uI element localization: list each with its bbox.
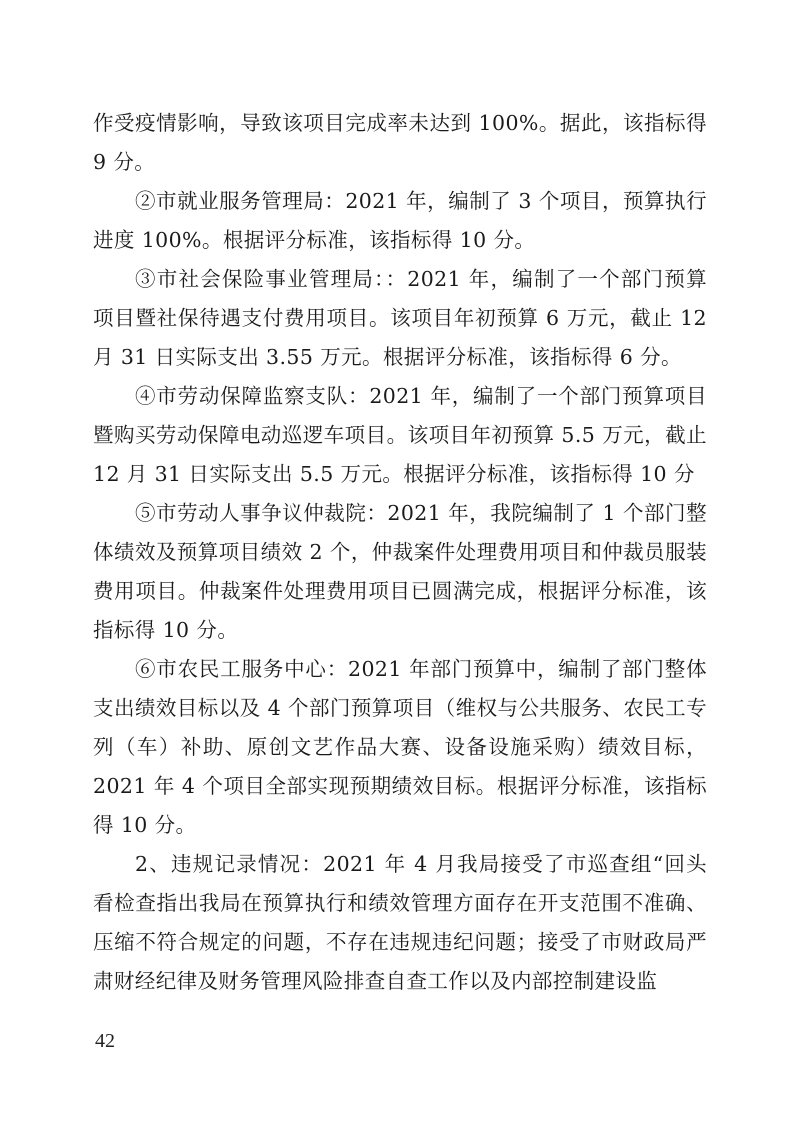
page-number: 42	[95, 1030, 115, 1053]
paragraph-labor-inspection-team: ④市劳动保障监察支队：2021 年，编制了一个部门预算项目暨购买劳动保障电动巡逻…	[93, 377, 707, 494]
paragraph-social-insurance-bureau: ③市社会保险事业管理局：：2021 年，编制了一个部门预算项目暨社保待遇支付费用…	[93, 260, 707, 377]
paragraph-employment-service-bureau: ②市就业服务管理局：2021 年，编制了 3 个项目，预算执行进度 100%。根…	[93, 182, 707, 260]
paragraph-labor-arbitration-court: ⑤市劳动人事争议仲裁院：2021 年，我院编制了 1 个部门整体绩效及预算项目绩…	[93, 494, 707, 650]
paragraph-violation-records: 2、违规记录情况：2021 年 4 月我局接受了市巡查组“回头看检查指出我局在预…	[93, 845, 707, 1001]
paragraph-migrant-worker-center: ⑥市农民工服务中心：2021 年部门预算中，编制了部门整体支出绩效目标以及 4 …	[93, 650, 707, 845]
document-page-body: 作受疫情影响，导致该项目完成率未达到 100%。据此，该指标得 9 分。 ②市就…	[93, 104, 707, 1001]
paragraph-continuation-score: 作受疫情影响，导致该项目完成率未达到 100%。据此，该指标得 9 分。	[93, 104, 707, 182]
